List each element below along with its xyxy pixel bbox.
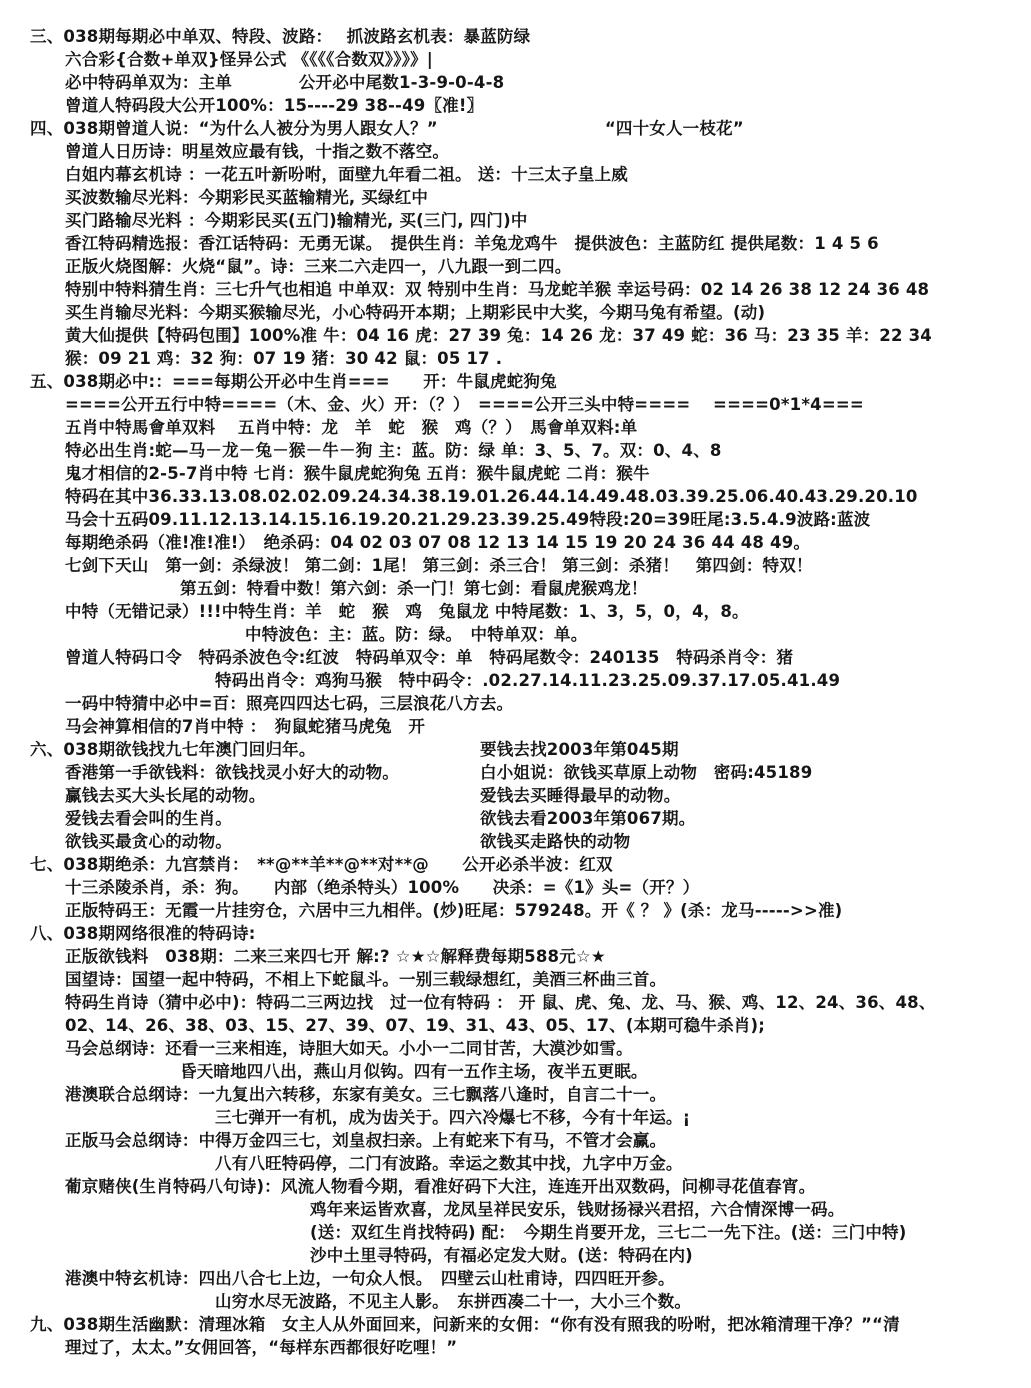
section-9: 九、038期生活幽默：清理冰箱 女主人从外面回来，问新来的女佣：“你有没有照我的… (0, 1313, 1031, 1359)
text-line: 港澳中特玄机诗：四出八合七上边，一句众人恨。 四壁云山杜甫诗，四四旺开参。 (0, 1267, 1031, 1290)
text-line-left-column: 欲钱买最贪心的动物。 (65, 830, 480, 853)
text-line: 必中特码单双为：主单 公开必中尾数1-3-9-0-4-8 (0, 71, 1031, 94)
text-line: 七剑下天山 第一剑：杀绿波！ 第二剑：1尾！ 第三剑：杀三合！ 第三剑：杀猪！ … (0, 554, 1031, 577)
text-line-right-column: 欲钱买走路快的动物 (480, 830, 630, 853)
section-8: 八、038期网络很准的特码诗:正版欲钱料 038期：二来三来四七开 解:? ☆★… (0, 922, 1031, 1313)
text-line: 山穷水尽无波路，不见主人影。 东拼西凑二十一，大小三个数。 (0, 1290, 1031, 1313)
text-line: 三、038期每期必中单双、特段、波路： 抓波路玄机表：暴蓝防绿 (0, 25, 1031, 48)
text-line: 国望诗：国望一起中特码，不相上下蛇鼠斗。一别三载绿想红，美酒三杯曲三首。 (0, 968, 1031, 991)
section-4: 四、038期曾道人说：“为什么人被分为男人跟女人？” “四十女人一枝花”曾道人日… (0, 117, 1031, 370)
text-line: 02、14、26、38、03、15、27、39、07、19、31、43、05、1… (0, 1014, 1031, 1037)
text-line: 八有八旺特码停，二门有波路。幸运之数其中找，九字中万金。 (0, 1152, 1031, 1175)
text-line: 葡京赌侠(生肖特码八句诗)：风流人物看今期，看准好码下大注，连连开出双数码，问柳… (0, 1175, 1031, 1198)
section-5: 五、038期必中:：===每期公开必中生肖=== 开：牛鼠虎蛇狗兔====公开五… (0, 370, 1031, 738)
text-line: 九、038期生活幽默：清理冰箱 女主人从外面回来，问新来的女佣：“你有没有照我的… (0, 1313, 1031, 1336)
text-line: 马会总纲诗：还看一三来相连，诗胆大如天。小小一二同甘苦，大漠沙如雪。 (0, 1037, 1031, 1060)
text-line: 马会神算相信的7肖中特 ： 狗鼠蛇猪马虎兔 开 (0, 715, 1031, 738)
text-line-right-column: 要钱去找2003年第045期 (480, 738, 679, 761)
text-line-right-column: 欲钱去看2003年第067期。 (480, 807, 695, 830)
text-line-left-column: 赢钱去买大头长尾的动物。 (65, 784, 480, 807)
text-line: 鸡年来运皆欢喜，龙凤呈祥民安乐，钱财扬禄兴君招，六合情深博一码。 (0, 1198, 1031, 1221)
document-body: 三、038期每期必中单双、特段、波路： 抓波路玄机表：暴蓝防绿六合彩{合数+单双… (0, 0, 1031, 1359)
text-line: 特别中特料猜生肖：三七升气也相追 中单双：双 特别中生肖：马龙蛇羊猴 幸运号码：… (0, 278, 1031, 301)
text-line-left-column: 六、038期欲钱找九七年澳门回归年。 (30, 738, 480, 761)
text-line: 香港第一手欲钱料：欲钱找灵小好大的动物。白小姐说：欲钱买草原上动物 密码:451… (0, 761, 1031, 784)
text-line: 特码生肖诗（猜中必中)：特码二三两边找 过一位有特码 ： 开 鼠、虎、兔、龙、马… (0, 991, 1031, 1014)
text-line: 欲钱买最贪心的动物。欲钱买走路快的动物 (0, 830, 1031, 853)
text-line: 鬼才相信的2-5-7肖中特 七肖：猴牛鼠虎蛇狗兔 五肖：猴牛鼠虎蛇 二肖：猴牛 (0, 462, 1031, 485)
text-line: 理过了，太太。”女佣回答，“每样东西都很好吃哩！” (0, 1336, 1031, 1359)
text-line: 三七弹开一有机，成为齿关于。四六冷爆七不移，今有十年运。¡ (0, 1106, 1031, 1129)
text-line: 曾道人特码口令 特码杀波色令:红波 特码单双令：单 特码尾数令：240135 特… (0, 646, 1031, 669)
text-line: 中特波色：主：蓝。防：绿。 中特单双：单。 (0, 623, 1031, 646)
text-line: 五肖中特馬會单双料 五肖中特：龙 羊 蛇 猴 鸡（？） 馬會单双料:单 (0, 416, 1031, 439)
text-line: 买生肖输尽光料：今期买猴输尽光，小心特码开本期；上期彩民中大奖，今期马兔有希望。… (0, 301, 1031, 324)
text-line: 昏天暗地四八出，燕山月似钩。四有一五作主场，夜半五更眠。 (0, 1060, 1031, 1083)
text-line: ====公开五行中特====（木、金、火）开：（？） ====公开三头中特===… (0, 393, 1031, 416)
page: 三、038期每期必中单双、特段、波路： 抓波路玄机表：暴蓝防绿六合彩{合数+单双… (0, 0, 1031, 1388)
text-line: 猴：09 21 鸡：32 狗：07 19 猪：30 42 鼠：05 17 . (0, 347, 1031, 370)
text-line: 七、038期绝杀：九宫禁肖： **@**羊**@**对**@ 公开必杀半波：红双 (0, 853, 1031, 876)
text-line: 一码中特猜中必中=百：照亮四四达七码，三层浪花八方去。 (0, 692, 1031, 715)
text-line-right-column: 白小姐说：欲钱买草原上动物 密码:45189 (480, 761, 812, 784)
text-line-left-column: 爱钱去看会叫的生肖。 (65, 807, 480, 830)
text-line: 曾道人日历诗：明星效应最有钱，十指之数不落空。 (0, 140, 1031, 163)
text-line: 五、038期必中:：===每期公开必中生肖=== 开：牛鼠虎蛇狗兔 (0, 370, 1031, 393)
text-line: 港澳联合总纲诗：一九复出六转移，东家有美女。三七飘落八逢时，自言二十一。 (0, 1083, 1031, 1106)
text-line: 特必出生肖:蛇—马－龙－兔－猴－牛－狗 主：蓝。防：绿 单：3、5、7。双：0、… (0, 439, 1031, 462)
text-line: 白姐内幕玄机诗 ：一花五叶新吩咐，面壁九年看二祖。 送：十三太子皇上威 (0, 163, 1031, 186)
text-line: 赢钱去买大头长尾的动物。爱钱去买睡得最早的动物。 (0, 784, 1031, 807)
text-line: 买波数输尽光料：今期彩民买蓝输精光, 买绿红中 (0, 186, 1031, 209)
text-line: 曾道人特码段大公开100%：15----29 38--49〖准!〗 (0, 94, 1031, 117)
text-line: (送：双红生肖找特码) 配： 今期生肖要开龙，三七二一先下注。(送：三门中特) (0, 1221, 1031, 1244)
text-line: 正版马会总纲诗：中得万金四三七，刘皇叔扫亲。上有蛇来下有马，不管才会赢。 (0, 1129, 1031, 1152)
text-line: 香江特码精选报：香江话特码：无勇无谋。 提供生肖：羊兔龙鸡牛 提供波色：主蓝防红… (0, 232, 1031, 255)
text-line: 正版特码王：无霞一片挂穷仓，六居中三九相伴。(炒)旺尾：579248。开《 ？ … (0, 899, 1031, 922)
text-line: 沙中土里寻特码，有福必定发大财。(送：特码在内) (0, 1244, 1031, 1267)
text-line: 特码出肖令：鸡狗马猴 特中码令：.02.27.14.11.23.25.09.37… (0, 669, 1031, 692)
text-line: 正版欲钱料 038期：二来三来四七开 解:? ☆★☆解释费每期588元☆★ (0, 945, 1031, 968)
text-line: 八、038期网络很准的特码诗: (0, 922, 1031, 945)
text-line: 每期绝杀码（准!准!准!） 绝杀码：04 02 03 07 08 12 13 1… (0, 531, 1031, 554)
text-line: 中特（无错记录）!!!中特生肖：羊 蛇 猴 鸡 兔鼠龙 中特尾数：1、3，5，0… (0, 600, 1031, 623)
text-line: 爱钱去看会叫的生肖。欲钱去看2003年第067期。 (0, 807, 1031, 830)
text-line: 四、038期曾道人说：“为什么人被分为男人跟女人？” “四十女人一枝花” (0, 117, 1031, 140)
text-line: 正版火烧图解：火烧“鼠”。诗：三来二六走四一，八九跟一到二四。 (0, 255, 1031, 278)
text-line: 买门路输尽光料 ：今期彩民买(五门)输精光, 买(三门, 四门)中 (0, 209, 1031, 232)
text-line: 特码在其中36.33.13.08.02.02.09.24.34.38.19.01… (0, 485, 1031, 508)
text-line: 十三杀陵杀肖，杀：狗。 内部（绝杀特头）100% 决杀：=《1》头=（开？） (0, 876, 1031, 899)
section-6: 六、038期欲钱找九七年澳门回归年。要钱去找2003年第045期香港第一手欲钱料… (0, 738, 1031, 853)
text-line-left-column: 香港第一手欲钱料：欲钱找灵小好大的动物。 (65, 761, 480, 784)
text-line: 六、038期欲钱找九七年澳门回归年。要钱去找2003年第045期 (0, 738, 1031, 761)
text-line: 黄大仙提供【特码包围】100%准 牛：04 16 虎：27 39 兔：14 26… (0, 324, 1031, 347)
text-line: 第五剑：特看中数！第六剑：杀一门！第七剑：看鼠虎猴鸡龙！ (0, 577, 1031, 600)
section-3: 三、038期每期必中单双、特段、波路： 抓波路玄机表：暴蓝防绿六合彩{合数+单双… (0, 25, 1031, 117)
text-line: 马会十五码09.11.12.13.14.15.16.19.20.21.29.23… (0, 508, 1031, 531)
text-line: 六合彩{合数+单双}怪异公式 《《《《合数双》》》》| (0, 48, 1031, 71)
text-line-right-column: 爱钱去买睡得最早的动物。 (480, 784, 680, 807)
section-7: 七、038期绝杀：九宫禁肖： **@**羊**@**对**@ 公开必杀半波：红双… (0, 853, 1031, 922)
